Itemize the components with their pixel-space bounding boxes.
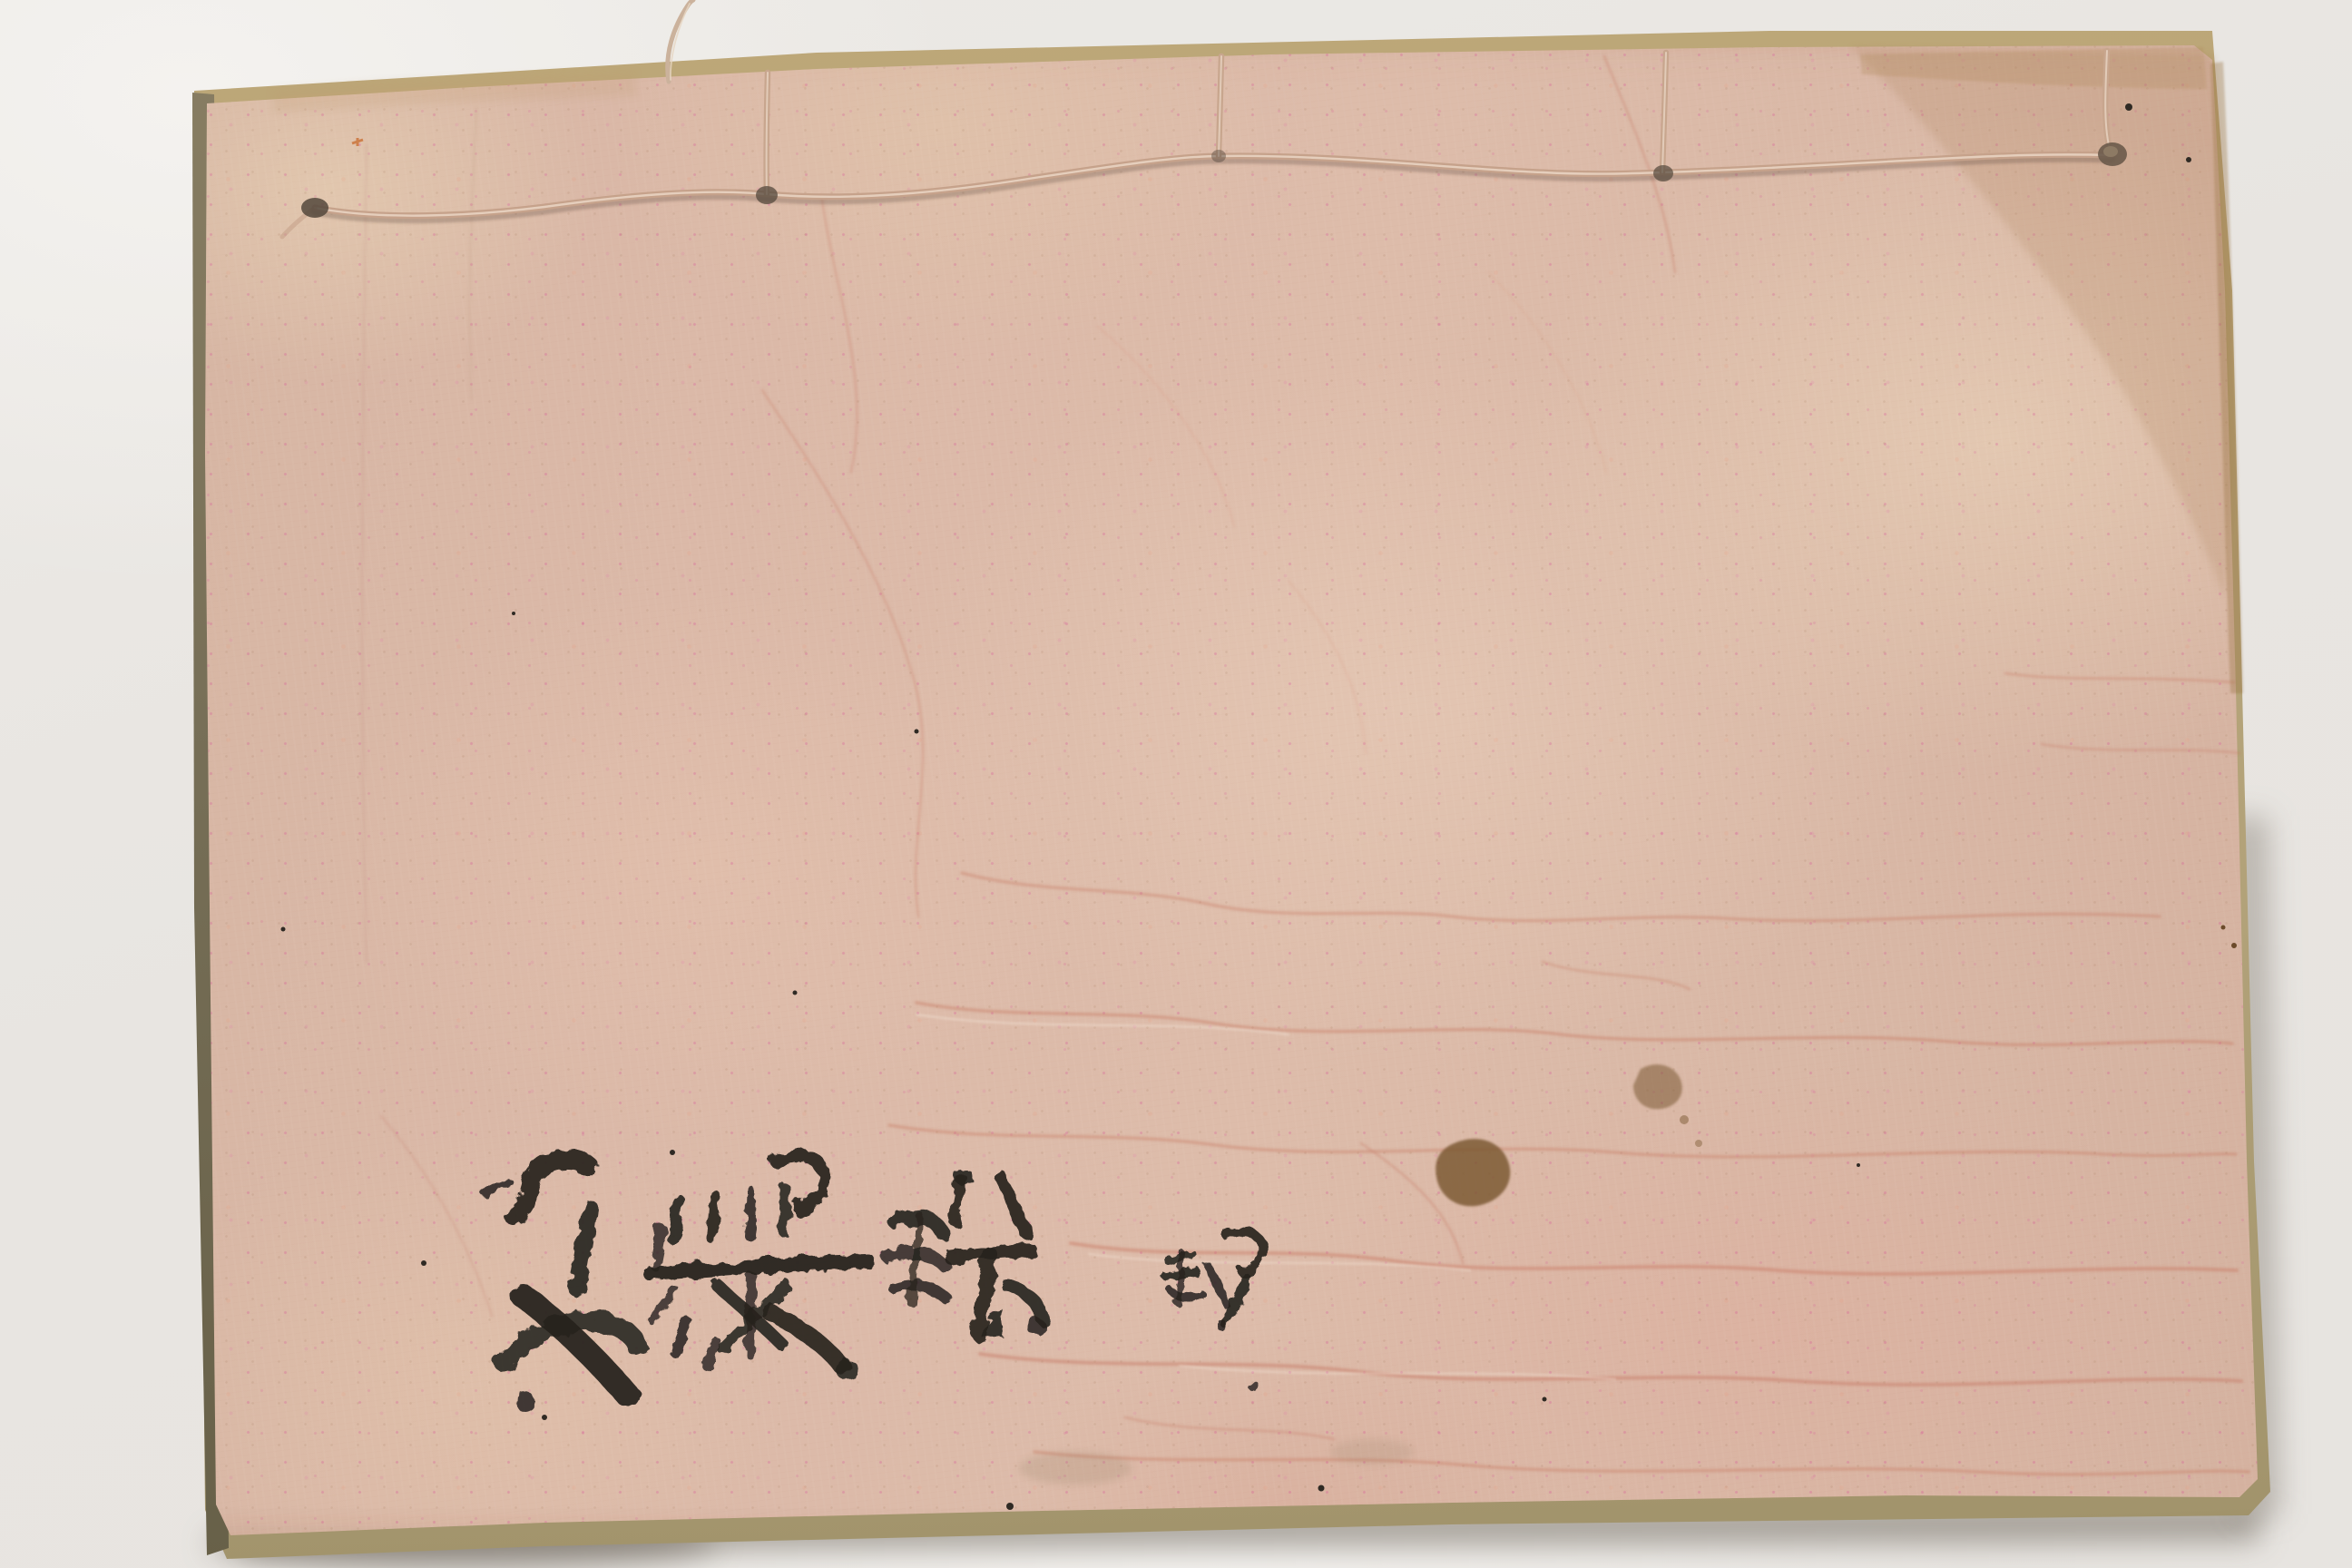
- stitch-hole-4: [1653, 165, 1673, 181]
- stitch-hole-1: [301, 198, 328, 218]
- cover-detail-overlay: [0, 0, 2352, 1568]
- orange-mark: [352, 138, 363, 146]
- crease-lines: [362, 56, 2249, 1475]
- ink-blot-large: [1436, 1139, 1510, 1206]
- photo-scene: 九灘集 乾 Overhead photograph of an antique …: [0, 0, 2352, 1568]
- crease-highlights: [916, 1014, 1615, 1379]
- stitch-hole-2: [756, 186, 778, 204]
- thread-shadow: [315, 158, 2112, 219]
- paper-specks: [281, 103, 2238, 1510]
- title-char-3: [888, 1168, 1045, 1339]
- ink-blot-medium: [1633, 1064, 1682, 1109]
- title-char-1: [485, 1160, 637, 1413]
- grey-smudge-1: [1019, 1452, 1132, 1485]
- grey-smudge-2: [1330, 1439, 1414, 1465]
- binding-thread: [282, 0, 2127, 237]
- title-calligraphy: [485, 1156, 1262, 1413]
- stitch-hole-3: [1211, 150, 1226, 162]
- stray-ink-dot: [1249, 1382, 1260, 1393]
- water-stain-top-right: [1851, 47, 2234, 599]
- title-char-2: [652, 1156, 867, 1381]
- top-edge-smudge: [272, 71, 637, 113]
